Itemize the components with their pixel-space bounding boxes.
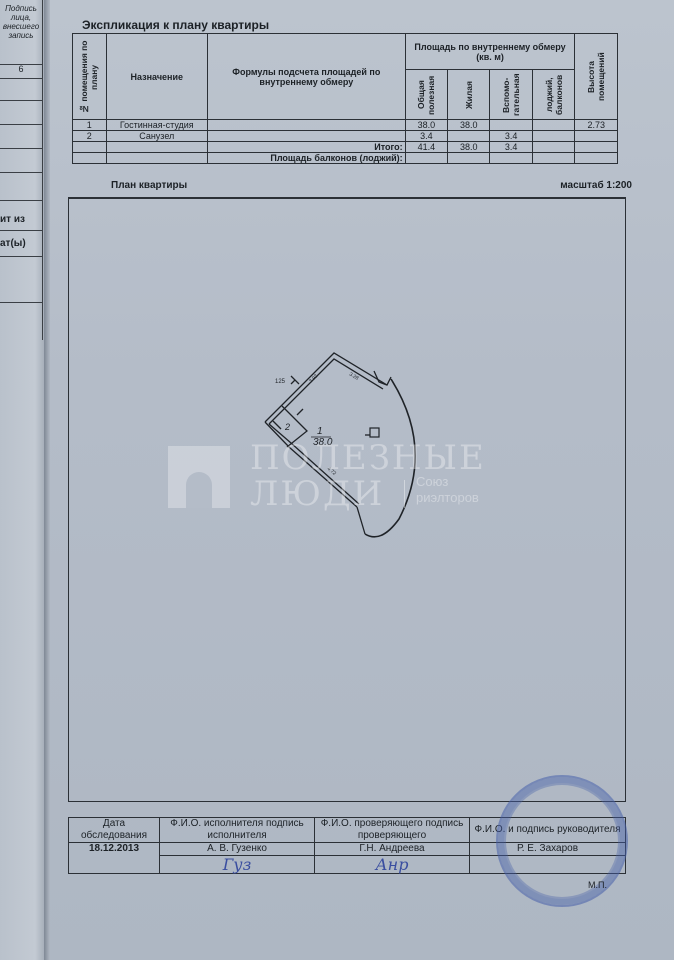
watermark-sub1: Союз [416, 474, 448, 489]
room-1-number: 1 [317, 426, 323, 437]
cell [208, 131, 406, 142]
watermark-line1: ПОЛЕЗНЫЕ [250, 438, 486, 478]
cell [490, 120, 533, 131]
header-aux: Вспомо-гательная [490, 70, 533, 120]
header-total: Общая полезная [405, 70, 448, 120]
cell: 3.4 [490, 131, 533, 142]
cell [448, 131, 490, 142]
header-loggia: лоджий, балконов [532, 70, 575, 120]
balcony-label: Площадь балконов (лоджий): [208, 153, 406, 164]
divider [0, 148, 42, 149]
divider [0, 124, 42, 125]
table-row: 1 Гостинная-студия 38.0 38.0 2.73 [73, 120, 618, 131]
document-page: Экспликация к плану квартиры № помещения… [50, 0, 674, 960]
checker-name: Г.Н. Андреева [315, 843, 470, 856]
divider [0, 302, 42, 303]
cell [575, 142, 618, 153]
cell: 38.0 [448, 142, 490, 153]
header-height: Высота помещений [575, 34, 618, 120]
header-line: Подпись [0, 4, 42, 13]
total-row: Итого: 41.4 38.0 3.4 [73, 142, 618, 153]
explication-title: Экспликация к плану квартиры [82, 18, 269, 32]
cell [575, 131, 618, 142]
cell: 3.4 [490, 142, 533, 153]
divider [0, 172, 42, 173]
divider [0, 256, 42, 257]
left-page-table: Подпись лица, внесшего запись 6 ит из ат… [0, 0, 43, 340]
plan-title: План квартиры [111, 180, 187, 191]
cell [575, 153, 618, 164]
header-line: запись [0, 31, 42, 40]
room-2-number: 2 [284, 422, 290, 432]
divider [0, 78, 42, 79]
cell [106, 142, 207, 153]
cell: 38.0 [448, 120, 490, 131]
cell: 1 [73, 120, 107, 131]
watermark-separator [404, 480, 405, 508]
executor-label: Ф.И.О. исполнителя подпись исполнителя [160, 818, 315, 843]
cell [208, 120, 406, 131]
total-label: Итого: [208, 142, 406, 153]
table-row: 2 Санузел 3.4 3.4 [73, 131, 618, 142]
cell [73, 142, 107, 153]
header-area-group: Площадь по внутреннему обмеру (кв. м) [405, 34, 575, 70]
checker-label: Ф.И.О. проверяющего подпись проверяющего [315, 818, 470, 843]
cell [532, 153, 575, 164]
left-page: Подпись лица, внесшего запись 6 ит из ат… [0, 0, 44, 960]
executor-signature: Гуз [160, 856, 315, 874]
cell [405, 153, 448, 164]
cell [532, 120, 575, 131]
cell [73, 153, 107, 164]
divider [0, 230, 42, 231]
cell: 2.73 [575, 120, 618, 131]
watermark-line2: ЛЮДИ [250, 474, 384, 514]
watermark-logo-icon [168, 446, 230, 508]
header-line: лица, [0, 13, 42, 22]
cell: 41.4 [405, 142, 448, 153]
left-fragment-1: ит из [0, 214, 25, 225]
header-living: Жилая [448, 70, 490, 120]
cell [532, 142, 575, 153]
executor-name: А. В. Гузенко [160, 843, 315, 856]
balcony-row: Площадь балконов (лоджий): [73, 153, 618, 164]
cell: Санузел [106, 131, 207, 142]
divider [0, 100, 42, 101]
checker-signature: Анр [315, 856, 470, 874]
cell [106, 153, 207, 164]
seal-label: М.П. [588, 880, 607, 890]
header-room-no: № помещения по плану [73, 34, 107, 120]
cell: Гостинная-студия [106, 120, 207, 131]
divider [0, 200, 42, 201]
watermark-sub2: риэлторов [416, 490, 479, 505]
cell: 2 [73, 131, 107, 142]
cell: 38.0 [405, 120, 448, 131]
seal-stamp-icon [496, 775, 628, 907]
cell: 3.4 [405, 131, 448, 142]
cell [448, 153, 490, 164]
cell [532, 131, 575, 142]
left-page-header: Подпись лица, внесшего запись [0, 4, 42, 65]
explication-table: № помещения по плану Назначение Формулы … [72, 33, 618, 164]
date-value: 18.12.2013 [69, 843, 160, 874]
plan-scale: масштаб 1:200 [560, 180, 632, 191]
date-label: Дата обследования [69, 818, 160, 843]
left-page-number: 6 [0, 64, 42, 74]
header-formulas: Формулы подсчета площадей по внутреннему… [208, 34, 406, 120]
header-line: внесшего [0, 22, 42, 31]
left-fragment-2: ат(ы) [0, 238, 26, 249]
header-purpose: Назначение [106, 34, 207, 120]
dim-125: 125 [275, 379, 286, 385]
cell [490, 153, 533, 164]
